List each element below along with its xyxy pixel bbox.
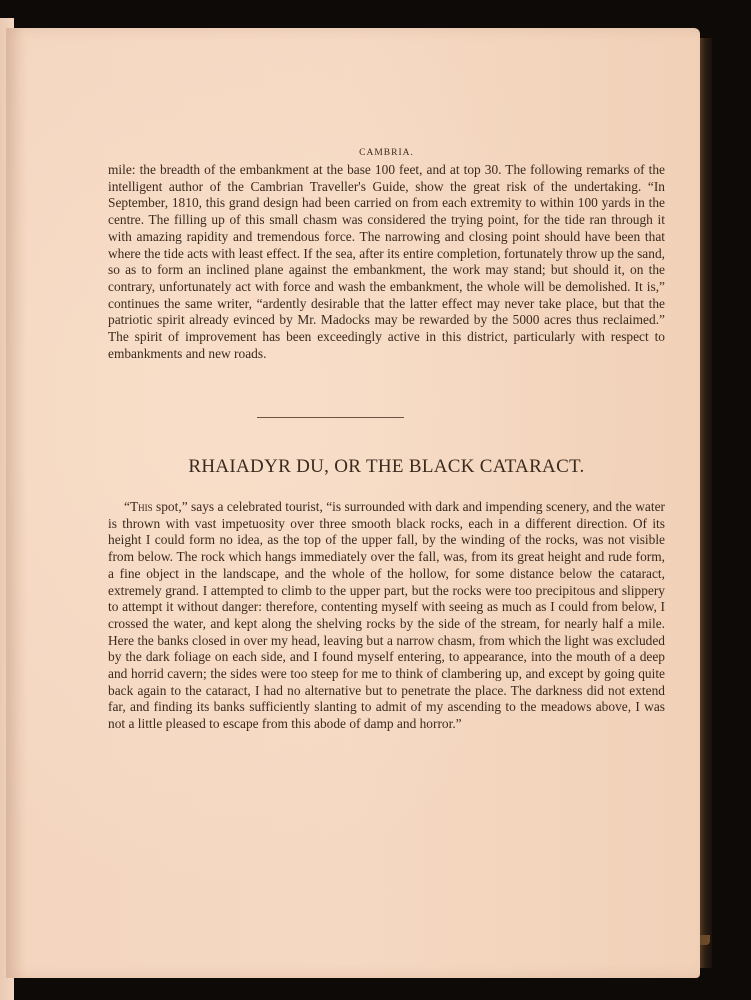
running-head: CAMBRIA. [108, 148, 665, 158]
paragraph-black-cataract: “This spot,” says a celebrated tourist, … [108, 499, 665, 733]
section-title: RHAIADYR DU, OR THE BLACK CATARACT. [108, 456, 665, 478]
paragraph-opening: “This [124, 499, 153, 514]
section-divider [257, 417, 404, 418]
paragraph-text: “This spot,” says a celebrated tourist, … [108, 499, 665, 733]
paragraph-body: spot,” says a celebrated tourist, “is su… [108, 499, 665, 731]
paragraph-text: mile: the breadth of the embankment at t… [108, 162, 665, 362]
paragraph-embankment: mile: the breadth of the embankment at t… [108, 162, 665, 362]
